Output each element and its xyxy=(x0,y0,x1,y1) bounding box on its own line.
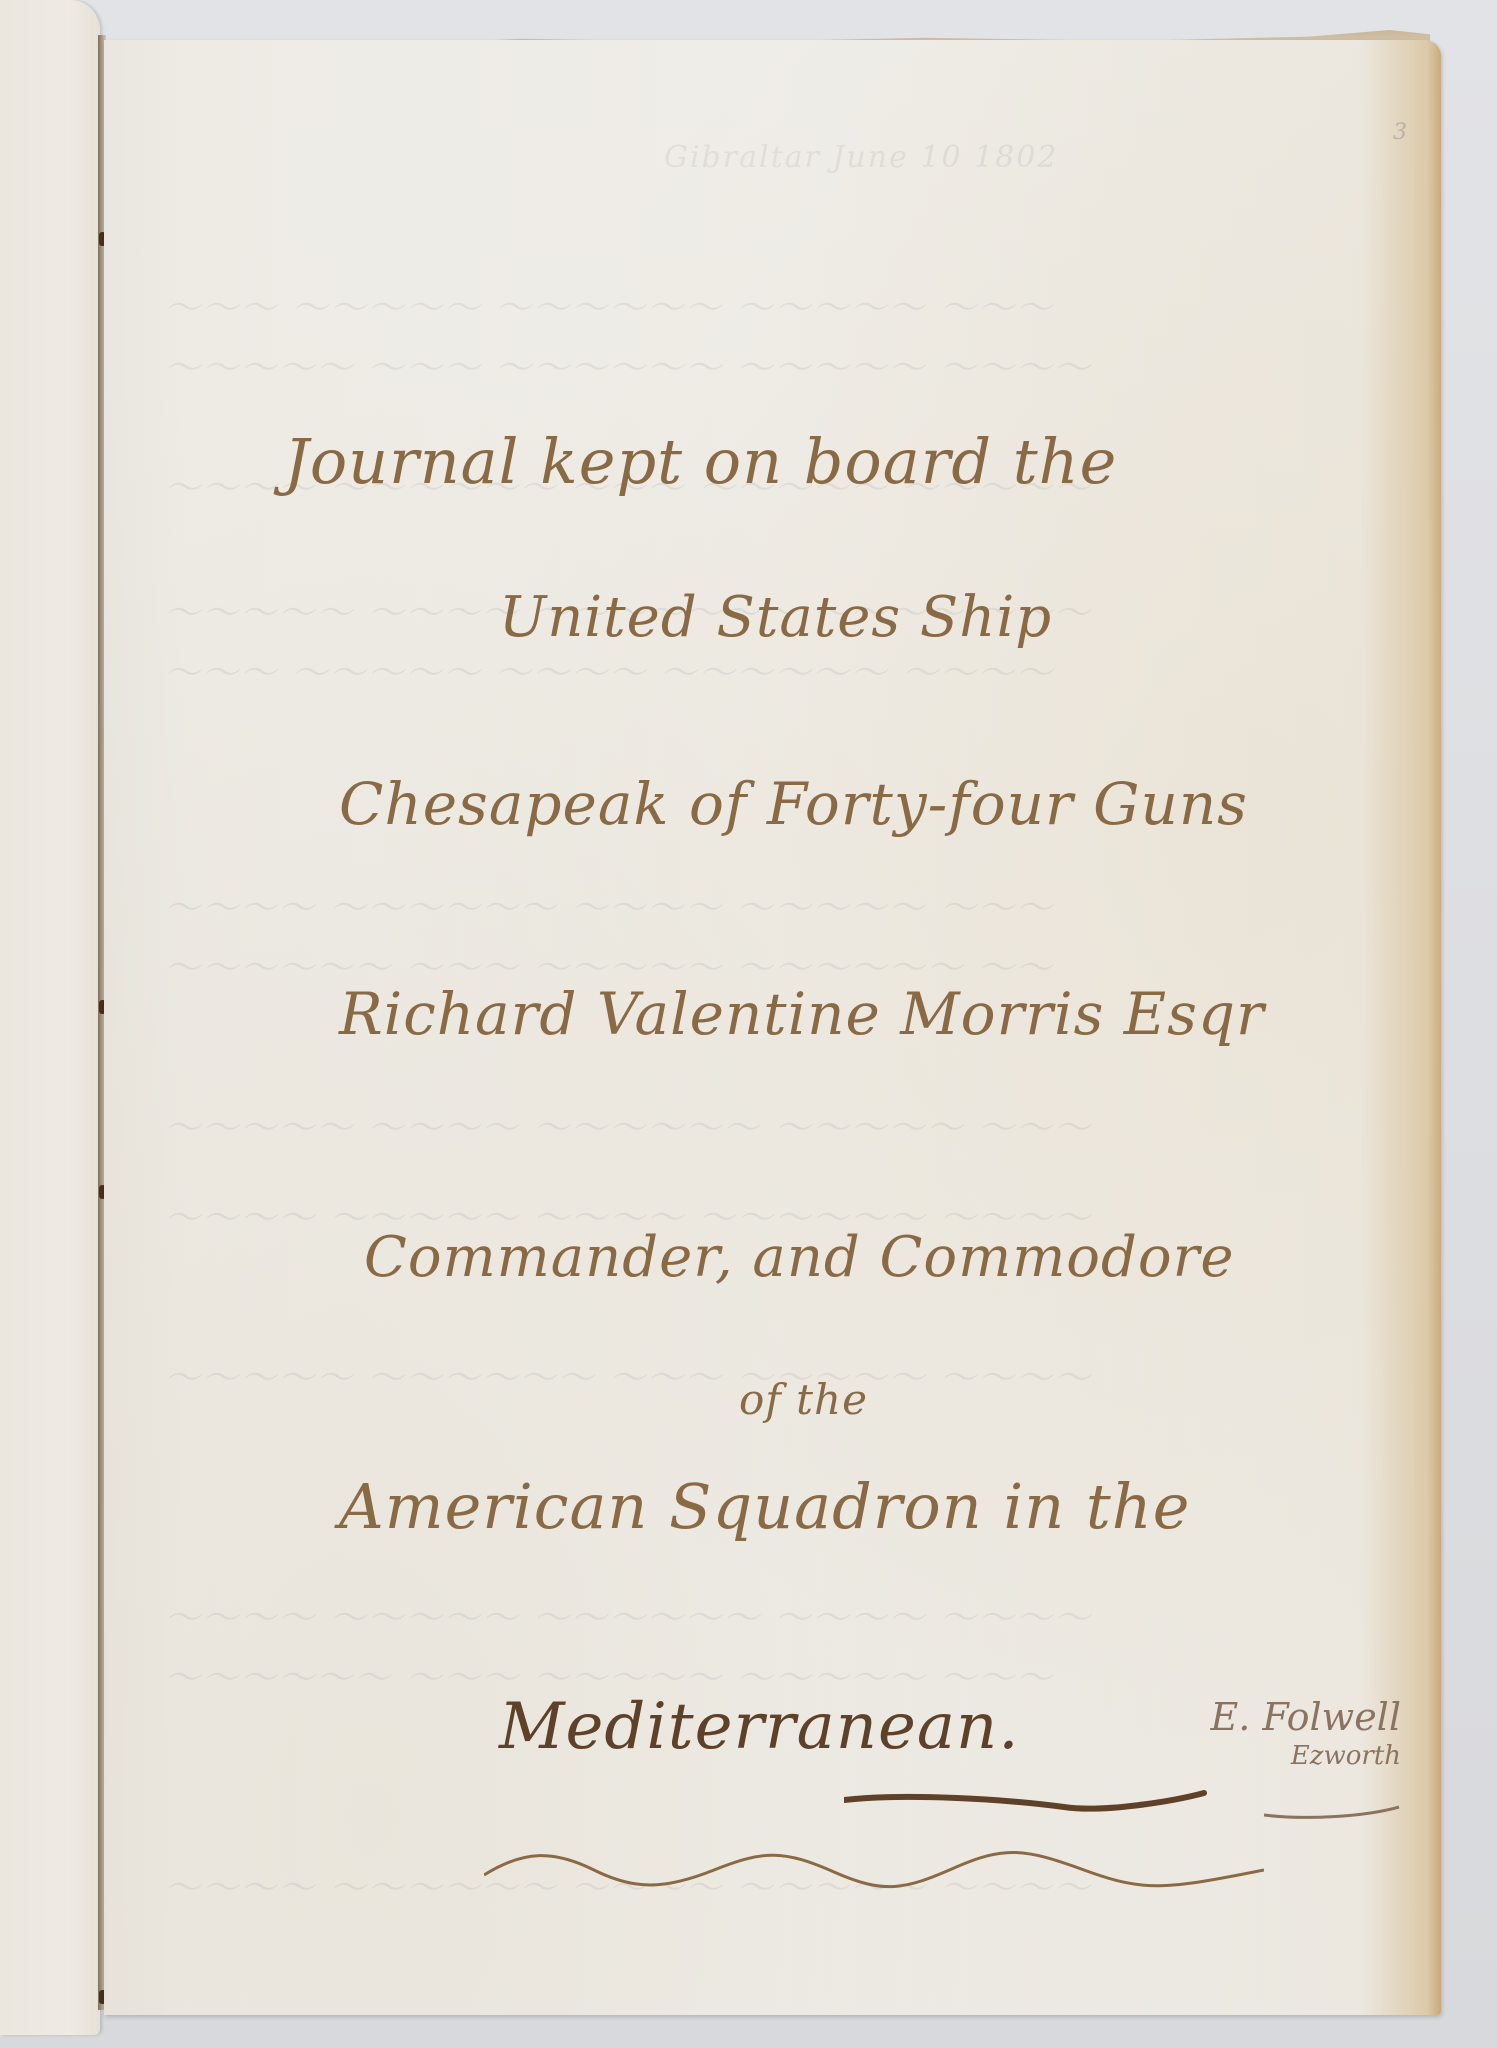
bleed-through-text: ～～～～～ ～～～ ～～～～～～ ～～～～～ ～～～～ xyxy=(164,340,1381,391)
title-line-ship-name: Chesapeak of Forty-four Guns xyxy=(339,770,1248,838)
title-line-of-the: of the xyxy=(739,1375,868,1424)
recto-page: Gibraltar June 10 1802 3 ～～～ ～～～～～ ～～～～～… xyxy=(104,40,1441,2015)
title-line-commander-name: Richard Valentine Morris Esqr xyxy=(339,980,1265,1048)
title-line-ship-type: United States Ship xyxy=(499,585,1052,650)
bleed-through-page-number: 3 xyxy=(1393,120,1407,145)
bleed-through-text: ～～～～ ～～～～～～ ～～～～ ～～～～～ ～～～ xyxy=(164,880,1381,931)
signature-underline-flourish xyxy=(844,1785,1404,1825)
decorative-flourish xyxy=(484,1840,1264,1900)
title-line-rank: Commander, and Commodore xyxy=(364,1225,1234,1290)
bleed-through-text: ～～～ ～～～～～ ～～～～ ～～～～～～ ～～～～ xyxy=(164,645,1381,696)
bleed-through-text: ～～～～ ～～～～～ ～～～～～～ ～～～～ ～～～～ xyxy=(164,1590,1381,1641)
bleed-through-text: ～～～～～ ～～～～ ～～～～～～ ～～～～～ ～～～ xyxy=(164,1100,1381,1151)
signature-name: E. Folwell xyxy=(1210,1695,1401,1739)
signature-place: Ezworth xyxy=(1210,1741,1401,1771)
title-line-journal: Journal kept on board the xyxy=(284,425,1117,498)
bleed-through-text: ～～～ ～～～～～ ～～～～～～ ～～～～～ ～～～ xyxy=(164,280,1381,331)
title-line-mediterranean: Mediterranean. xyxy=(499,1690,1020,1764)
signature: E. Folwell Ezworth xyxy=(1210,1695,1401,1771)
title-line-squadron: American Squadron in the xyxy=(339,1470,1190,1543)
bleed-through-header: Gibraltar June 10 1802 xyxy=(664,140,1381,175)
verso-page xyxy=(0,0,100,2035)
